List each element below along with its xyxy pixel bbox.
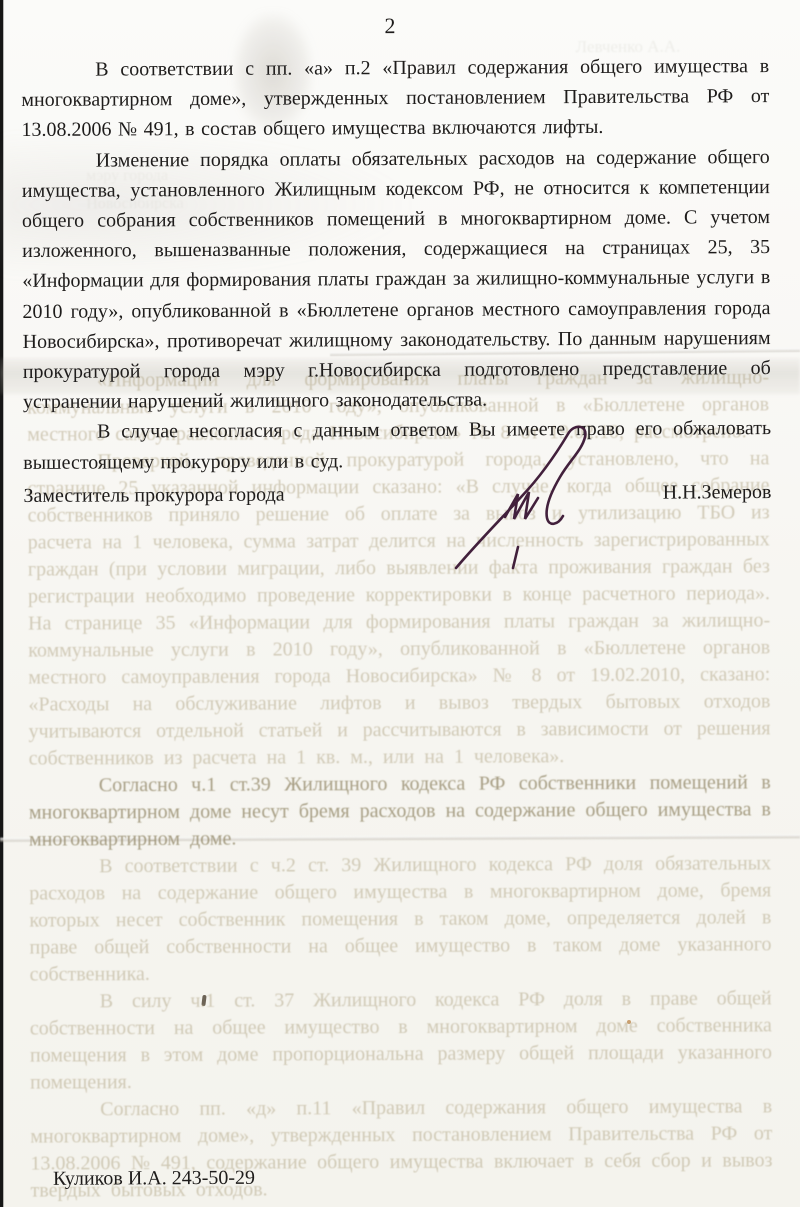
signoff-row: Заместитель прокурора города Н.Н.Земеров	[23, 481, 771, 508]
handwritten-signature-icon	[448, 420, 613, 580]
paragraph-lifts-inclusion: В соответствии с пп. «а» п.2 «Правил сод…	[21, 51, 769, 146]
scanned-letter-page: Левченко А.А. мэру города Новосибирска «…	[0, 0, 800, 1207]
letter-body: В соответствии с пп. «а» п.2 «Правил сод…	[21, 51, 771, 478]
page-number: 2	[0, 11, 783, 41]
paragraph-violations: Изменение порядка оплаты обязательных ра…	[22, 142, 771, 418]
signer-name: Н.Н.Земеров	[663, 481, 772, 505]
signer-position: Заместитель прокурора города	[23, 484, 284, 508]
letter-content: 2 В соответствии с пп. «а» п.2 «Правил с…	[0, 0, 800, 1207]
executor-contact-line: Куликов И.А. 243-50-29	[53, 1167, 255, 1191]
paragraph-appeal-right: В случае несогласия с данным ответом Вы …	[23, 413, 771, 477]
